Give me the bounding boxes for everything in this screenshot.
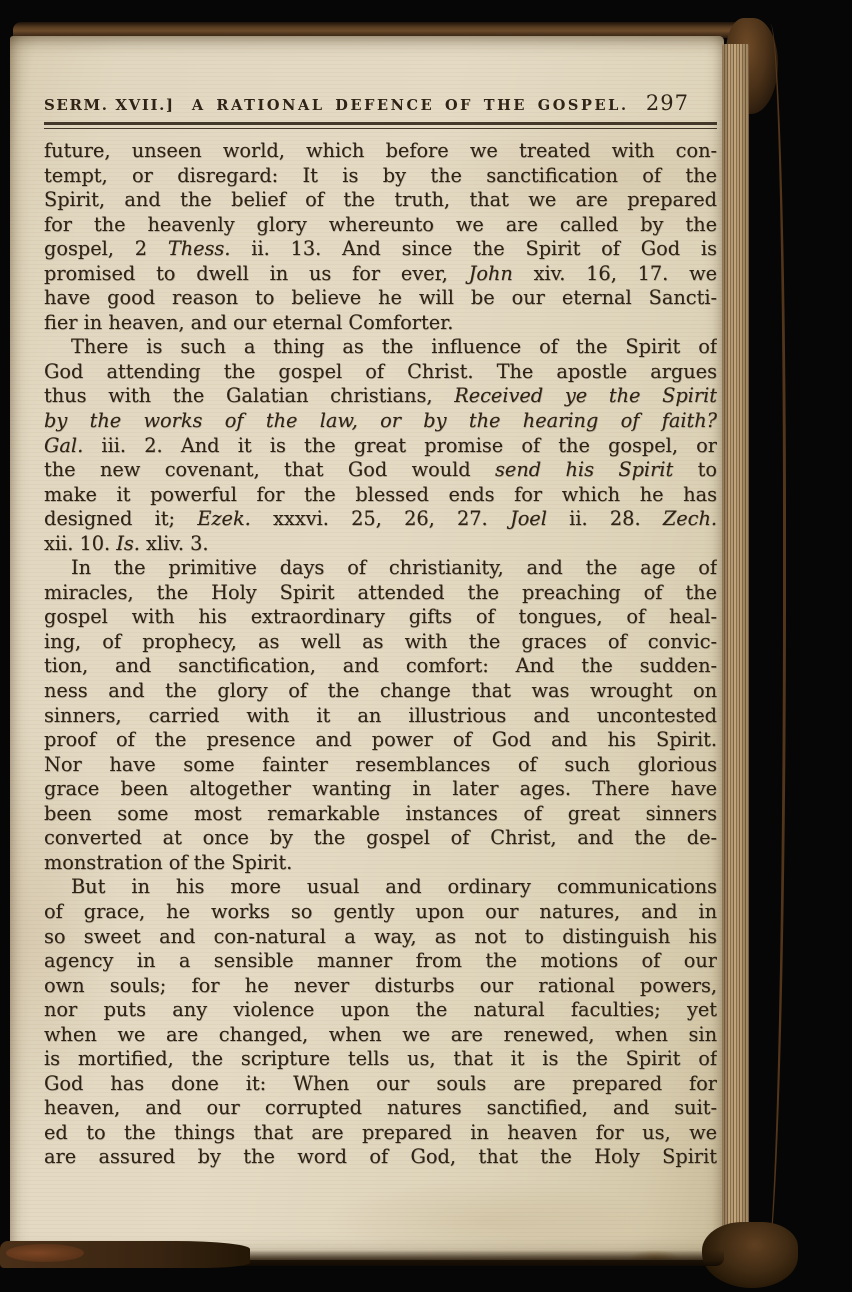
body-text-segment: the new covenant, that God would [44, 458, 495, 481]
body-line: tempt, or disregard: It is by the sancti… [44, 164, 717, 189]
body-text-segment: when we are changed, when we are renewed… [44, 1023, 717, 1046]
paragraph: In the primitive days of christianity, a… [44, 556, 717, 875]
body-text-italic-segment: Ezek. [197, 507, 250, 530]
book-fore-edge-pages [722, 44, 749, 1252]
body-text-segment: make it powerful for the blessed ends fo… [44, 483, 717, 506]
page-number: 297 [646, 91, 717, 115]
body-text-segment: of grace, he works so gently upon our na… [44, 900, 717, 923]
body-text-segment: gospel, 2 [44, 237, 168, 260]
body-line: tion, and sanctification, and comfort: A… [44, 654, 717, 679]
scanned-book-photo: { "book": { "header": { "section_label":… [0, 0, 852, 1292]
body-text-segment: future, unseen world, which before we tr… [44, 139, 717, 162]
body-text-segment: is mortified, the scripture tells us, th… [44, 1047, 717, 1070]
body-text-italic-segment: Is. [116, 532, 140, 555]
book-page: SERM. XVII.] A RATIONAL DEFENCE OF THE G… [10, 36, 724, 1260]
body-line: Spirit, and the belief of the truth, tha… [44, 188, 717, 213]
header-double-rule [44, 122, 717, 129]
paragraph: There is such a thing as the influence o… [44, 335, 717, 556]
body-text-segment: agency in a sensible manner from the mot… [44, 949, 717, 972]
body-line: for the heavenly glory whereunto we are … [44, 213, 717, 238]
body-text-segment: God has done it: When our souls are prep… [44, 1072, 717, 1095]
body-line: are assured by the word of God, that the… [44, 1145, 717, 1170]
body-text-italic-segment: send his Spirit [495, 458, 673, 481]
body-line: ing, of prophecy, as well as with the gr… [44, 630, 717, 655]
body-text-segment: sinners, carried with it an illustrious … [44, 704, 717, 727]
page-content: SERM. XVII.] A RATIONAL DEFENCE OF THE G… [10, 36, 724, 1260]
body-line: fier in heaven, and our eternal Comforte… [44, 311, 717, 336]
body-line: converted at once by the gospel of Chris… [44, 826, 717, 851]
body-text-segment: have good reason to believe he will be o… [44, 286, 717, 309]
body-line: designed it; Ezek. xxxvi. 25, 26, 27. Jo… [44, 507, 717, 532]
body-line: God attending the gospel of Christ. The … [44, 360, 717, 385]
body-line: gospel, 2 Thess. ii. 13. And since the S… [44, 237, 717, 262]
body-line: make it powerful for the blessed ends fo… [44, 483, 717, 508]
body-line: so sweet and con-natural a way, as not t… [44, 925, 717, 950]
body-text-segment: gospel with his extraordinary gifts of t… [44, 605, 717, 628]
body-line: by the works of the law, or by the heari… [44, 409, 717, 434]
body-text-segment: xiv. 16, 17. we [513, 262, 717, 285]
body-text-segment: ii. 28. [547, 507, 663, 530]
book-bottom-leather-wear [6, 1244, 84, 1262]
body-text-segment: ii. 13. And since the Spirit of God is [230, 237, 717, 260]
body-text-segment: own souls; for he never disturbs our rat… [44, 974, 717, 997]
body-line: own souls; for he never disturbs our rat… [44, 974, 717, 999]
body-text-segment: iii. 2. And it is the great promise of t… [83, 434, 717, 457]
body-line: grace been altogether wanting in later a… [44, 777, 717, 802]
body-text-segment: ed to the things that are prepared in he… [44, 1121, 717, 1144]
book-right-cover [747, 24, 786, 1278]
body-line: Nor have some fainter resemblances of su… [44, 753, 717, 778]
body-line: the new covenant, that God would send hi… [44, 458, 717, 483]
body-text-segment: In the primitive days of christianity, a… [71, 556, 717, 579]
body-line: gospel with his extraordinary gifts of t… [44, 605, 717, 630]
body-text-italic-segment: Received ye the Spirit [454, 384, 717, 407]
body-line: monstration of the Spirit. [44, 851, 717, 876]
body-text-italic-segment: Zech. [663, 507, 717, 530]
body-line: God has done it: When our souls are prep… [44, 1072, 717, 1097]
paragraph: But in his more usual and ordinary commu… [44, 875, 717, 1170]
body-text-segment: converted at once by the gospel of Chris… [44, 826, 717, 849]
body-text-segment: fier in heaven, and our eternal Comforte… [44, 311, 453, 334]
body-text-segment: tion, and sanctification, and comfort: A… [44, 654, 717, 677]
body-text-segment: tempt, or disregard: It is by the sancti… [44, 164, 717, 187]
body-text-segment: But in his more usual and ordinary commu… [71, 875, 717, 898]
body-text-segment: Nor have some fainter resemblances of su… [44, 753, 717, 776]
body-line: agency in a sensible manner from the mot… [44, 949, 717, 974]
body-line: But in his more usual and ordinary commu… [44, 875, 717, 900]
body-line: thus with the Galatian christians, Recei… [44, 384, 717, 409]
body-text-segment: miracles, the Holy Spirit attended the p… [44, 581, 717, 604]
body-text-italic-segment: Joel [510, 507, 547, 530]
body-text-segment: ing, of prophecy, as well as with the gr… [44, 630, 717, 653]
body-text-segment: for the heavenly glory whereunto we are … [44, 213, 717, 236]
paragraph: future, unseen world, which before we tr… [44, 139, 717, 335]
body-text-segment: xxxvi. 25, 26, 27. [251, 507, 510, 530]
body-text-segment: so sweet and con-natural a way, as not t… [44, 925, 717, 948]
body-text-segment: God attending the gospel of Christ. The … [44, 360, 717, 383]
body-text-segment: Spirit, and the belief of the truth, tha… [44, 188, 717, 211]
body-line: proof of the presence and power of God a… [44, 728, 717, 753]
body-text-italic-segment: John [469, 262, 513, 285]
body-line: been some most remarkable instances of g… [44, 802, 717, 827]
body-line: of grace, he works so gently upon our na… [44, 900, 717, 925]
running-header: SERM. XVII.] A RATIONAL DEFENCE OF THE G… [44, 91, 717, 115]
body-line: ed to the things that are prepared in he… [44, 1121, 717, 1146]
body-text-segment: been some most remarkable instances of g… [44, 802, 717, 825]
body-line: have good reason to believe he will be o… [44, 286, 717, 311]
body-text-segment: designed it; [44, 507, 197, 530]
body-text-segment: thus with the Galatian christians, [44, 384, 454, 407]
body-line: future, unseen world, which before we tr… [44, 139, 717, 164]
running-title: A RATIONAL DEFENCE OF THE GOSPEL. [175, 97, 646, 114]
body-line: promised to dwell in us for ever, John x… [44, 262, 717, 287]
body-text-segment: are assured by the word of God, that the… [44, 1145, 717, 1168]
body-line: sinners, carried with it an illustrious … [44, 704, 717, 729]
body-text-segment: promised to dwell in us for ever, [44, 262, 469, 285]
body-line: heaven, and our corrupted natures sancti… [44, 1096, 717, 1121]
body-line: ness and the glory of the change that wa… [44, 679, 717, 704]
body-text-italic-segment: Gal. [44, 434, 83, 457]
sermon-number-label: SERM. XVII.] [44, 96, 175, 114]
body-text-segment: heaven, and our corrupted natures sancti… [44, 1096, 717, 1119]
body-text-segment: grace been altogether wanting in later a… [44, 777, 717, 800]
body-text-italic-segment: Thess. [168, 237, 231, 260]
body-line: Gal. iii. 2. And it is the great promise… [44, 434, 717, 459]
body-text-segment: proof of the presence and power of God a… [44, 728, 717, 751]
body-text-segment: xliv. 3. [140, 532, 209, 555]
body-line: when we are changed, when we are renewed… [44, 1023, 717, 1048]
body-text-segment: xii. 10. [44, 532, 116, 555]
body-text-segment: monstration of the Spirit. [44, 851, 292, 874]
body-line: nor puts any violence upon the natural f… [44, 998, 717, 1023]
body-line: is mortified, the scripture tells us, th… [44, 1047, 717, 1072]
body-line: There is such a thing as the influence o… [44, 335, 717, 360]
body-line: xii. 10. Is. xliv. 3. [44, 532, 717, 557]
body-text-italic-segment: by the works of the law, or by the heari… [44, 409, 717, 432]
body-line: In the primitive days of christianity, a… [44, 556, 717, 581]
body-text-segment: to [673, 458, 717, 481]
body-text-segment: nor puts any violence upon the natural f… [44, 998, 717, 1021]
body-line: miracles, the Holy Spirit attended the p… [44, 581, 717, 606]
body-text-segment: There is such a thing as the influence o… [71, 335, 717, 358]
page-body-text: future, unseen world, which before we tr… [44, 139, 717, 1170]
body-text-segment: ness and the glory of the change that wa… [44, 679, 717, 702]
